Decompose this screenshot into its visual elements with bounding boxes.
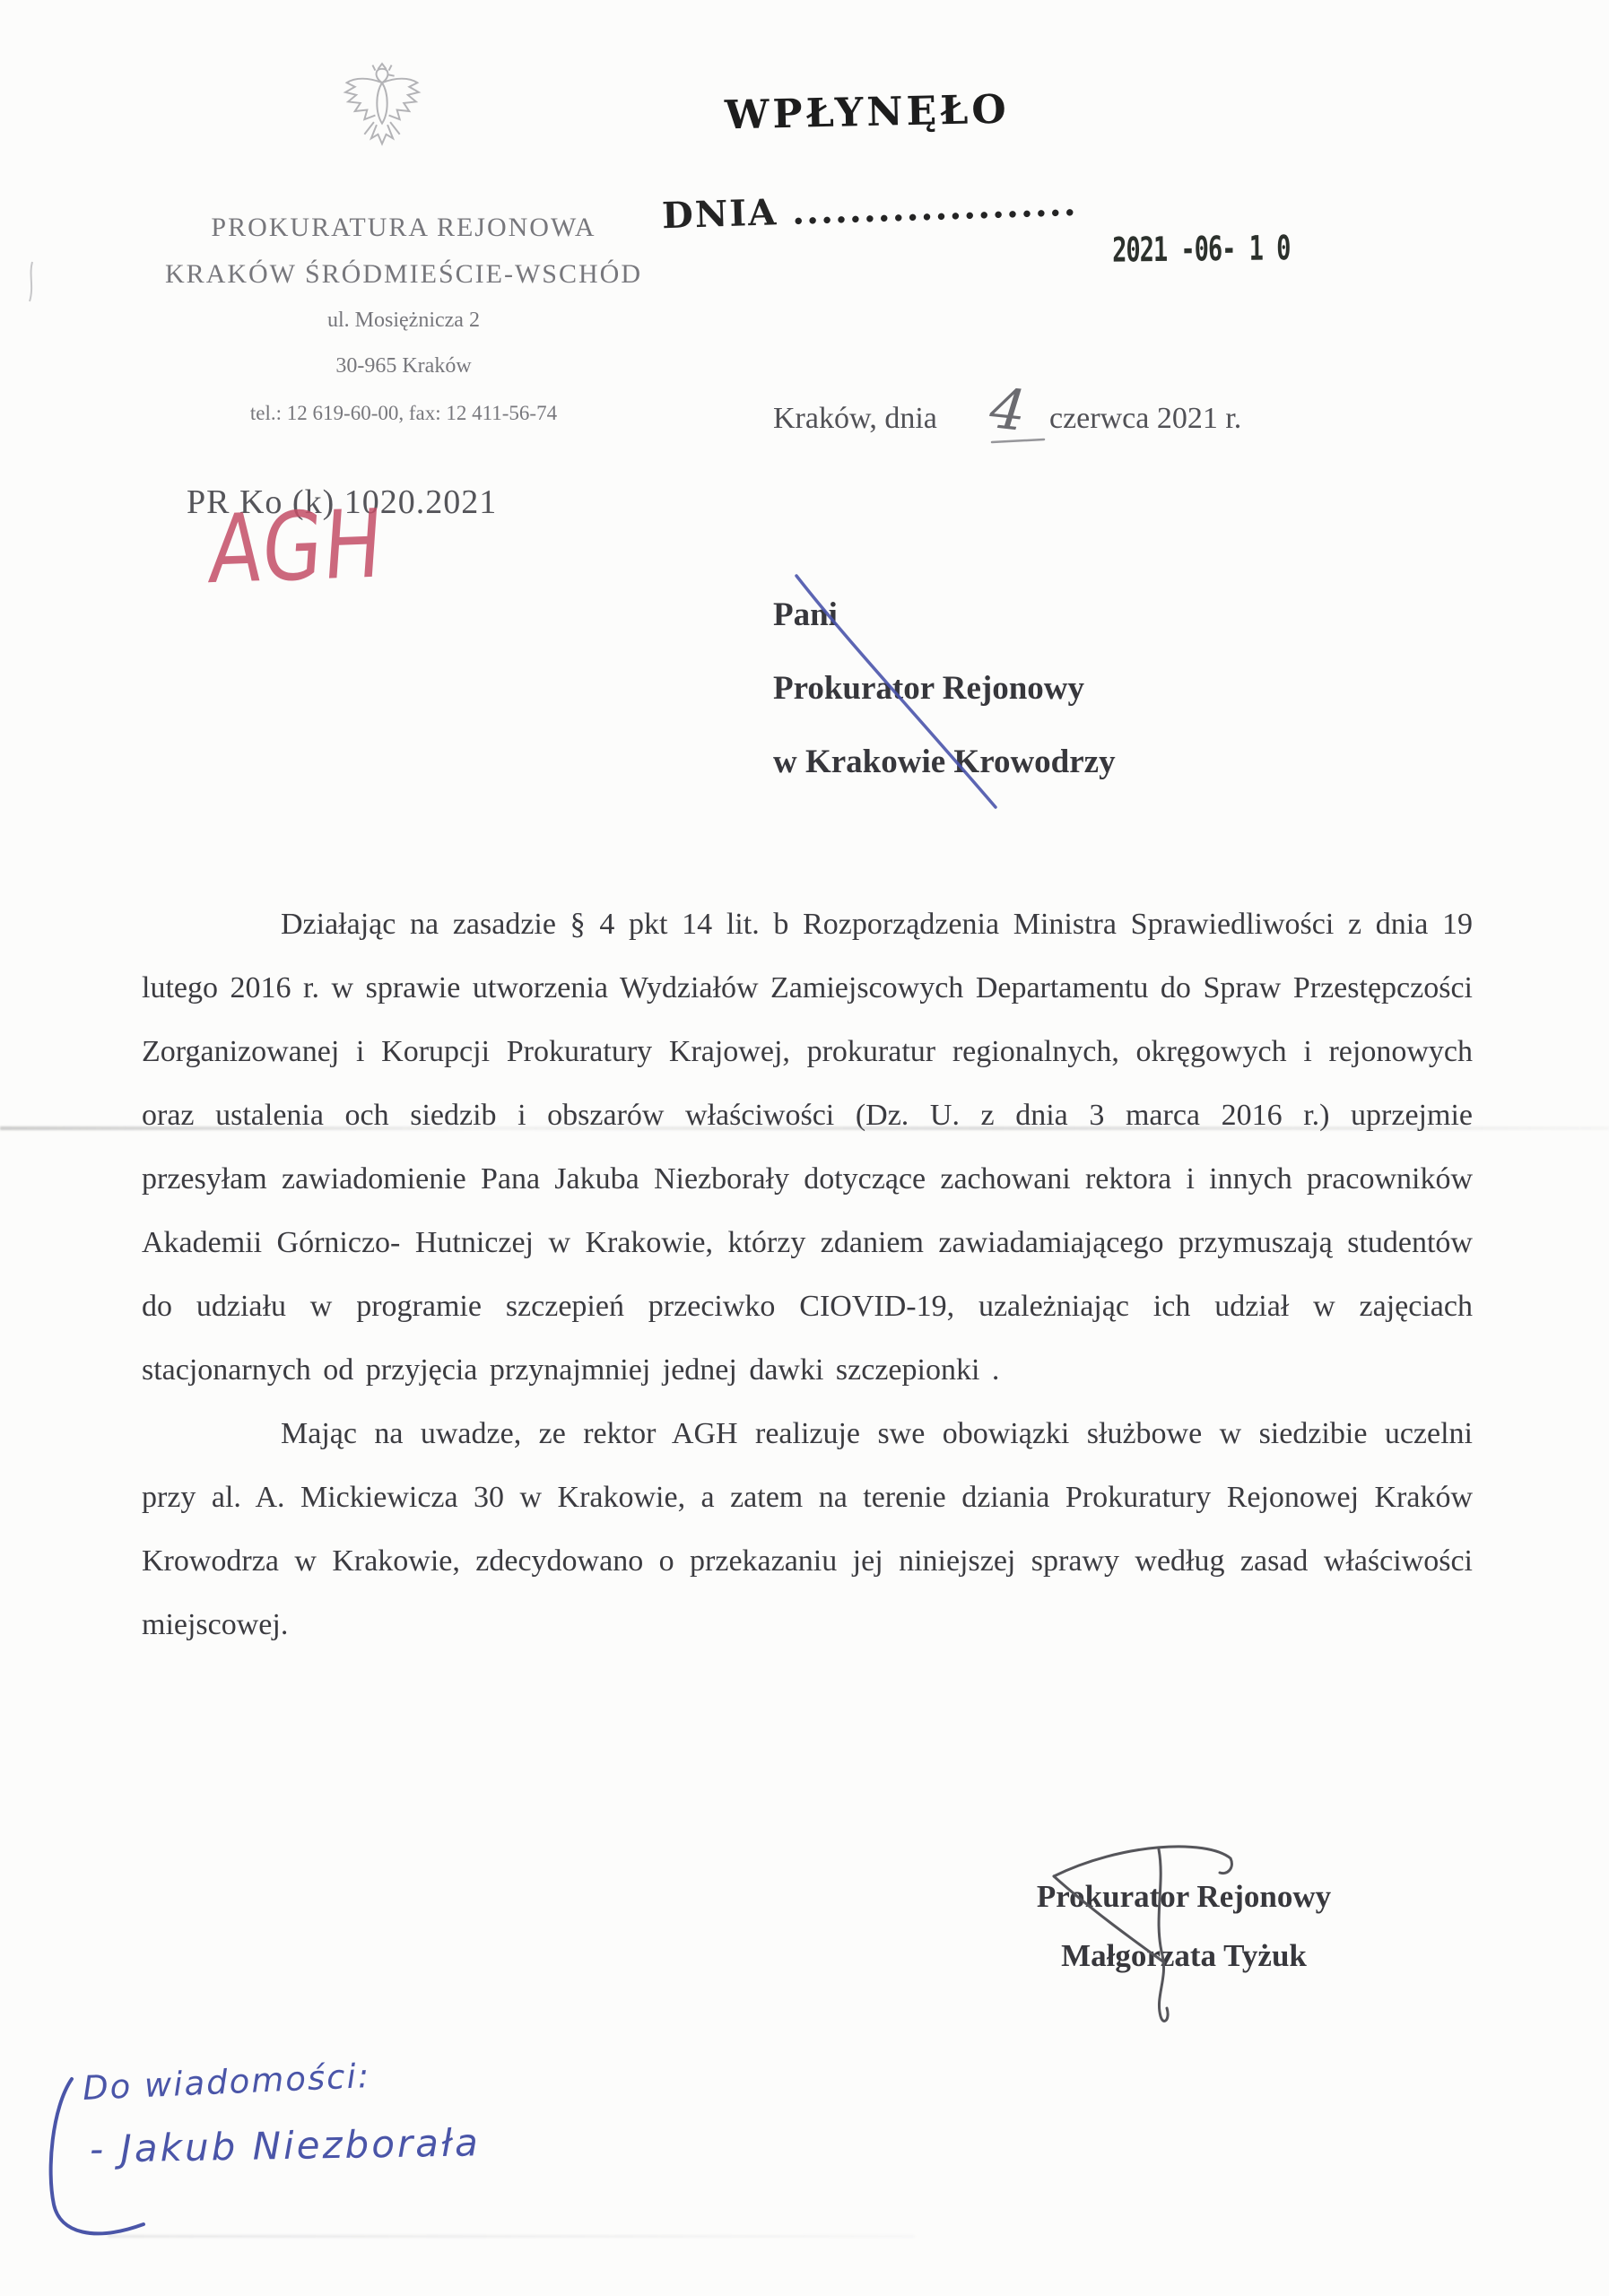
handwritten-agh-annotation: AGH [205, 489, 387, 604]
received-stamp-date-line: DNIA .................... [661, 182, 1078, 238]
dateline-prefix: Kraków, dnia [773, 402, 937, 436]
letterhead: PROKURATURA REJONOWA KRAKÓW ŚRÓDMIEŚCIE-… [148, 204, 659, 437]
date-stamp: 2021 -06- 1 0 [1112, 230, 1291, 271]
body-paragraph-1: Działając na zasadzie § 4 pkt 14 lit. b … [142, 892, 1473, 1402]
scanned-letter-page: PROKURATURA REJONOWA KRAKÓW ŚRÓDMIEŚCIE-… [0, 0, 1609, 2296]
handwritten-day-number: 4 [987, 375, 1029, 444]
letter-body: Działając na zasadzie § 4 pkt 14 lit. b … [142, 892, 1473, 1657]
org-street: ul. Mosiężnicza 2 [148, 298, 659, 344]
org-city: 30-965 Kraków [148, 344, 659, 389]
signature-block: Prokurator Rejonowy Małgorzata Tyżuk [991, 1867, 1377, 1986]
addressee-salutation: Pani [773, 578, 1116, 652]
addressee-location: w Krakowie Krowodrzy [773, 726, 1116, 799]
paper-fold-crease-bottom [108, 2235, 915, 2238]
received-stamp-title: WPŁYNĘŁO [725, 87, 1011, 139]
org-name-line2: KRAKÓW ŚRÓDMIEŚCIE-WSCHÓD [148, 251, 659, 298]
addressee-title: Prokurator Rejonowy [773, 652, 1116, 726]
paper-fold-crease [0, 1126, 1609, 1130]
signer-name: Małgorzata Tyżuk [991, 1926, 1377, 1986]
dateline-suffix: czerwca 2021 r. [1049, 402, 1241, 436]
addressee-block: Pani Prokurator Rejonowy w Krakowie Krow… [773, 578, 1116, 799]
org-contact: tel.: 12 619-60-00, fax: 12 411-56-74 [148, 389, 659, 437]
signer-title: Prokurator Rejonowy [991, 1867, 1377, 1926]
handwritten-distribution-heading: Do wiadomości: [82, 2057, 371, 2108]
body-paragraph-2: Mając na uwadze, ze rektor AGH realizuje… [142, 1402, 1473, 1657]
org-name-line1: PROKURATURA REJONOWA [148, 204, 659, 251]
polish-eagle-emblem-icon [339, 61, 425, 156]
handwritten-distribution-name: - Jakub Niezborała [90, 2120, 482, 2171]
margin-artifact [30, 262, 32, 301]
